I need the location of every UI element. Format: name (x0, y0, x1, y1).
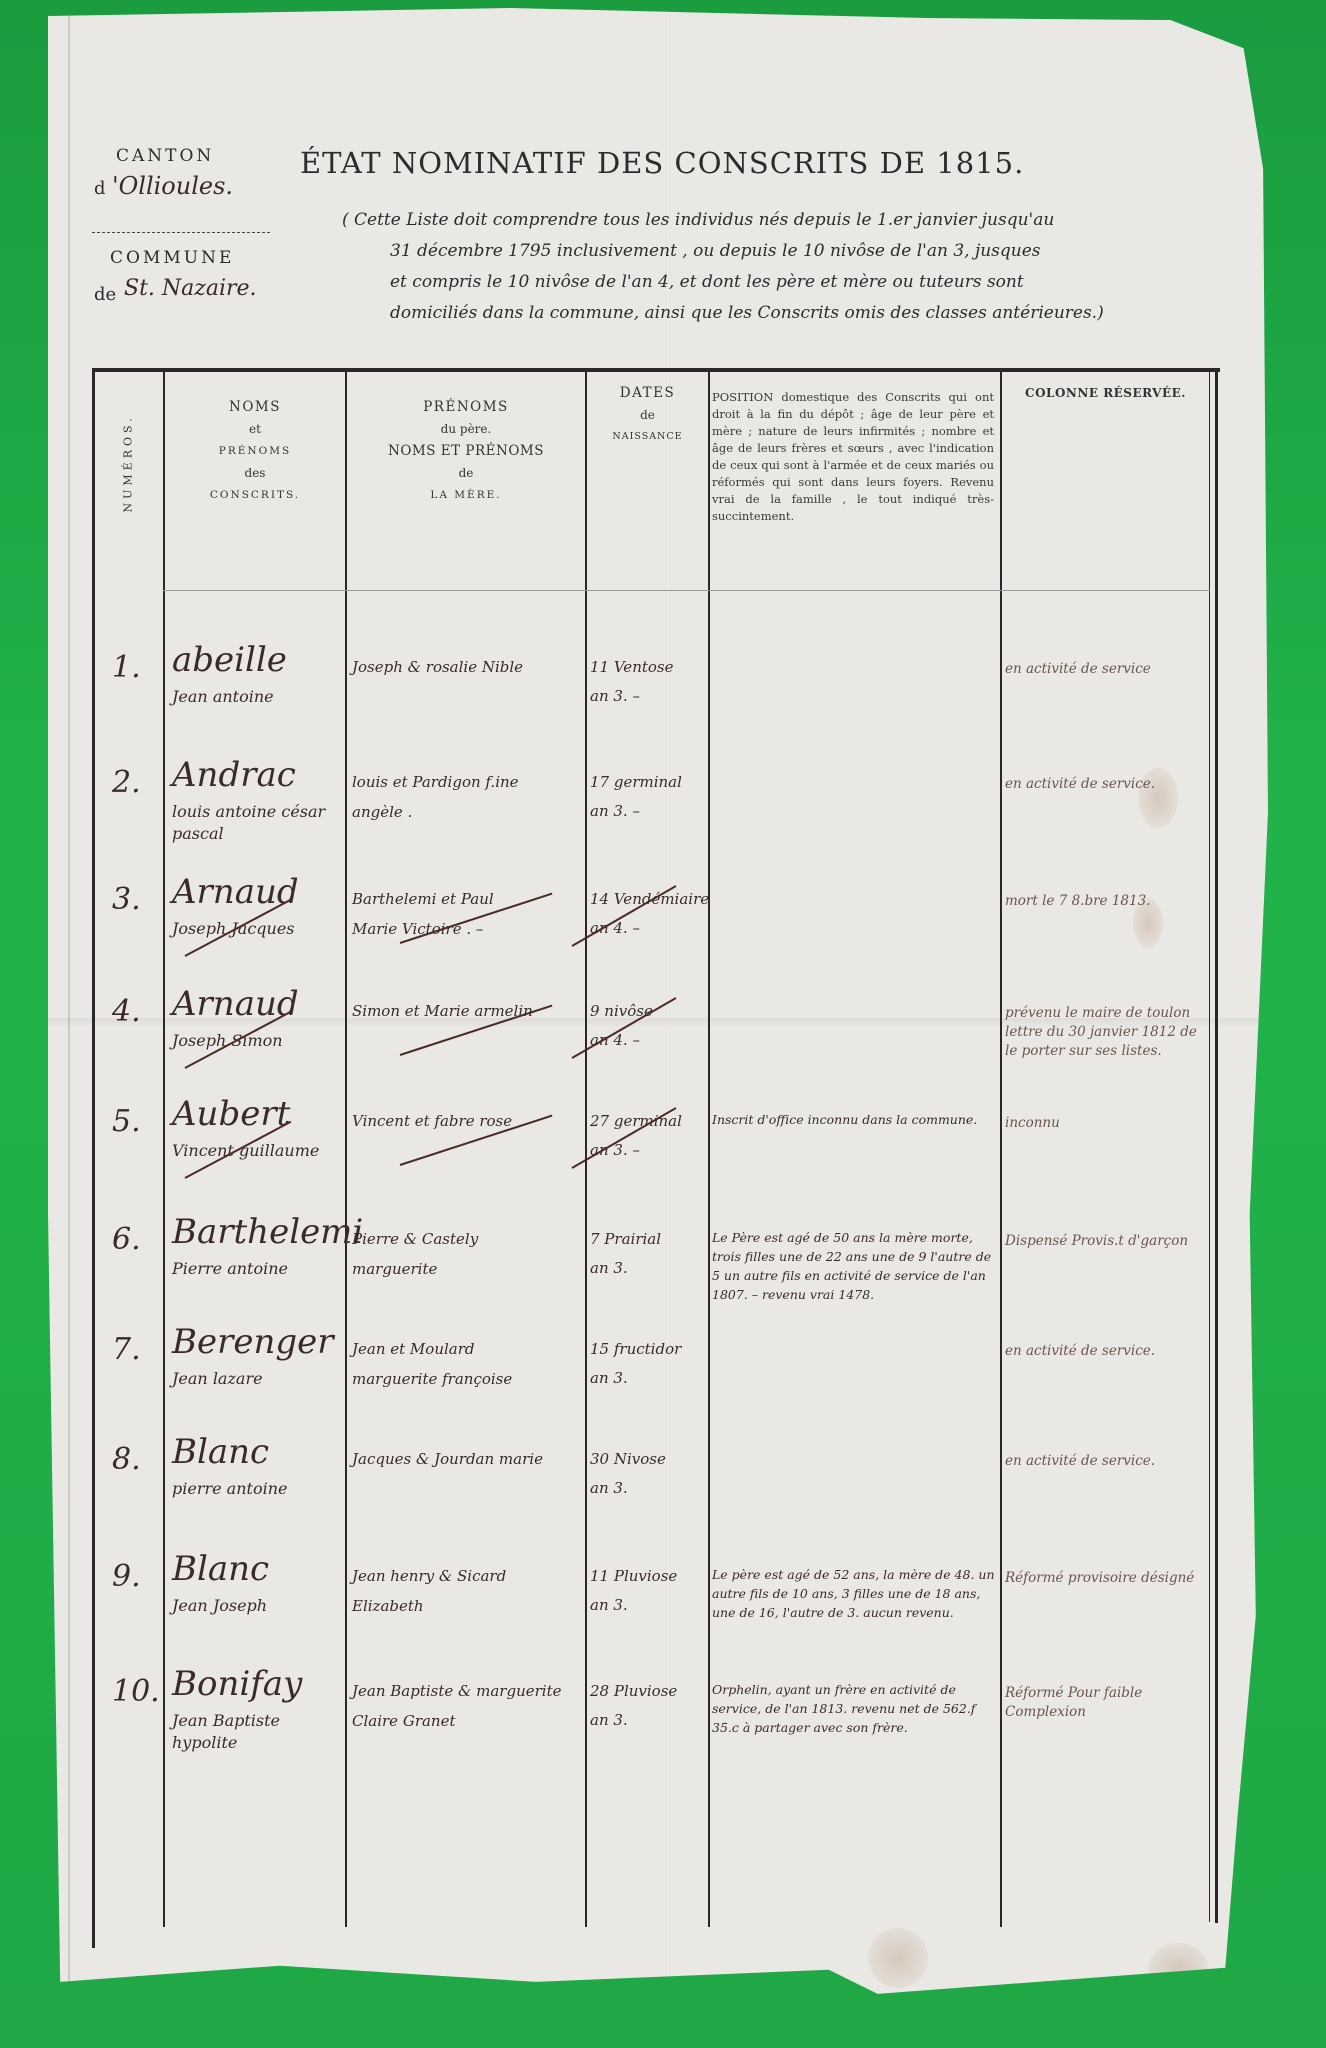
reserved-column-note: en activité de service. (1005, 1452, 1207, 1471)
col-divider (1000, 372, 1002, 1927)
row-number: 1. (112, 650, 141, 685)
mother-name: marguerite françoise (352, 1370, 512, 1388)
conscript-surname: Aubert (172, 1094, 290, 1134)
conscript-surname: Berenger (172, 1322, 334, 1362)
father-and-mother: louis et Pardigon f.ine (352, 773, 519, 791)
conscript-given-names: Jean lazare (172, 1368, 344, 1390)
domestic-position: Orphelin, ayant un frère en activité de … (712, 1680, 996, 1737)
father-and-mother: Vincent et fabre rose (352, 1112, 512, 1130)
birth-date-day: 11 Pluviose (590, 1564, 677, 1588)
birth-date-year: an 3. (590, 1476, 628, 1500)
birth-date-year: an 3. (590, 1366, 628, 1390)
father-and-mother: Pierre & Castely (352, 1230, 478, 1248)
conscript-given-names: Jean Joseph (172, 1595, 344, 1617)
birth-date-day: 9 nivôse (590, 999, 653, 1023)
father-and-mother: Barthelemi et Paul (352, 890, 494, 908)
birth-date-day: 17 germinal (590, 770, 682, 794)
row-number: 7. (112, 1332, 141, 1367)
header-divider (92, 232, 270, 234)
commune-label: COMMUNE (110, 248, 234, 268)
canton-value: 'Ollioules. (112, 172, 233, 200)
conscript-given-names: pierre antoine (172, 1478, 344, 1500)
reserved-column-note: prévenu le maire de toulon lettre du 30 … (1005, 1004, 1207, 1061)
father-and-mother: Jean henry & Sicard (352, 1567, 506, 1585)
page-title: ÉTAT NOMINATIF DES CONSCRITS DE 1815. (300, 146, 1024, 180)
subtitle-line-2: 31 décembre 1795 inclusivement , ou depu… (390, 241, 1041, 261)
birth-date-day: 15 fructidor (590, 1337, 681, 1361)
birth-date-day: 7 Prairial (590, 1227, 661, 1251)
domestic-position: Le Père est agé de 50 ans la mère morte,… (712, 1228, 996, 1304)
row-number: 8. (112, 1442, 141, 1477)
father-and-mother: Simon et Marie armelin (352, 1002, 533, 1020)
conscript-given-names: Vincent guillaume (172, 1140, 344, 1162)
col-divider (163, 372, 165, 1927)
reserved-column-note: en activité de service. (1005, 775, 1207, 794)
header-numeros: NUMÉROS. (122, 441, 135, 513)
header-noms: NOMS et PRÉNOMS des CONSCRITS. (165, 396, 345, 506)
table-top-border (92, 368, 1220, 372)
birth-date-year: an 3. (590, 1708, 628, 1732)
conscript-surname: abeille (172, 640, 287, 680)
reserved-column-note: Réformé Pour faible Complexion (1005, 1684, 1207, 1722)
ink-stain (868, 1928, 928, 1988)
conscript-surname: Barthelemi (172, 1212, 363, 1252)
left-margin-fold (68, 8, 70, 2018)
father-and-mother: Jean et Moulard (352, 1340, 475, 1358)
conscript-given-names: Jean antoine (172, 686, 344, 708)
reserved-column-note: Dispensé Provis.t d'garçon (1005, 1232, 1207, 1251)
mother-name: Elizabeth (352, 1597, 424, 1615)
birth-date-year: an 3. – (590, 799, 640, 823)
reserved-column-note: inconnu (1005, 1114, 1207, 1133)
conscript-surname: Blanc (172, 1549, 269, 1589)
col-divider (708, 372, 710, 1927)
header-parents: PRÉNOMS du père. NOMS ET PRÉNOMS de LA M… (347, 396, 585, 506)
domestic-position: Le père est agé de 52 ans, la mère de 48… (712, 1565, 996, 1622)
mother-name: angèle . (352, 803, 412, 821)
header-dates: DATES de NAISSANCE (587, 382, 708, 448)
reserved-column-note: en activité de service. (1005, 1342, 1207, 1361)
row-number: 10. (112, 1674, 160, 1709)
birth-date-day: 11 Ventose (590, 655, 673, 679)
conscript-surname: Bonifay (172, 1664, 302, 1704)
conscript-given-names: louis antoine césar pascal (172, 801, 344, 845)
row-number: 3. (112, 882, 141, 917)
subtitle-line-3: et compris le 10 nivôse de l'an 4, et do… (390, 272, 1024, 292)
mother-name: marguerite (352, 1260, 437, 1278)
row-number: 2. (112, 765, 141, 800)
father-and-mother: Jean Baptiste & marguerite (352, 1682, 562, 1700)
header-position: POSITION domestique des Conscrits qui on… (712, 389, 994, 525)
father-and-mother: Joseph & rosalie Nible (352, 658, 523, 676)
row-number: 4. (112, 994, 141, 1029)
conscript-given-names: Jean Baptiste hypolite (172, 1710, 344, 1754)
table-right-inner-border (1209, 372, 1210, 1922)
conscript-given-names: Joseph Simon (172, 1030, 344, 1052)
row-number: 9. (112, 1559, 141, 1594)
row-number: 5. (112, 1104, 141, 1139)
conscript-surname: Blanc (172, 1432, 269, 1472)
commune-prefix: de (94, 284, 116, 305)
birth-date-year: an 3. – (590, 684, 640, 708)
birth-date-year: an 3. (590, 1256, 628, 1280)
canton-label: CANTON (116, 146, 214, 166)
conscript-given-names: Pierre antoine (172, 1258, 344, 1280)
table-right-border (1215, 368, 1218, 1923)
canton-prefix: d (94, 178, 106, 199)
reserved-column-note: mort le 7 8.bre 1813. (1005, 892, 1207, 911)
header-reservee: COLONNE RÉSERVÉE. (1003, 382, 1208, 404)
father-and-mother: Jacques & Jourdan marie (352, 1450, 543, 1468)
commune-value: St. Nazaire. (124, 276, 257, 301)
birth-date-day: 28 Pluviose (590, 1679, 677, 1703)
col-divider (585, 372, 587, 1927)
subtitle-line-4: domiciliés dans la commune, ainsi que le… (390, 303, 1104, 323)
col-divider (345, 372, 347, 1927)
domestic-position: Inscrit d'office inconnu dans la commune… (712, 1110, 996, 1129)
header-bottom-rule (163, 590, 1210, 591)
reserved-column-note: en activité de service (1005, 660, 1207, 679)
conscript-surname: Andrac (172, 755, 296, 795)
row-number: 6. (112, 1222, 141, 1257)
mother-name: Claire Granet (352, 1712, 456, 1730)
reserved-column-note: Réformé provisoire désigné (1005, 1569, 1207, 1588)
birth-date-year: an 3. (590, 1593, 628, 1617)
birth-date-day: 30 Nivose (590, 1447, 666, 1471)
table-left-border (92, 368, 95, 1948)
subtitle-line-1: ( Cette Liste doit comprendre tous les i… (342, 210, 1054, 230)
conscript-given-names: Joseph Jacques (172, 918, 344, 940)
